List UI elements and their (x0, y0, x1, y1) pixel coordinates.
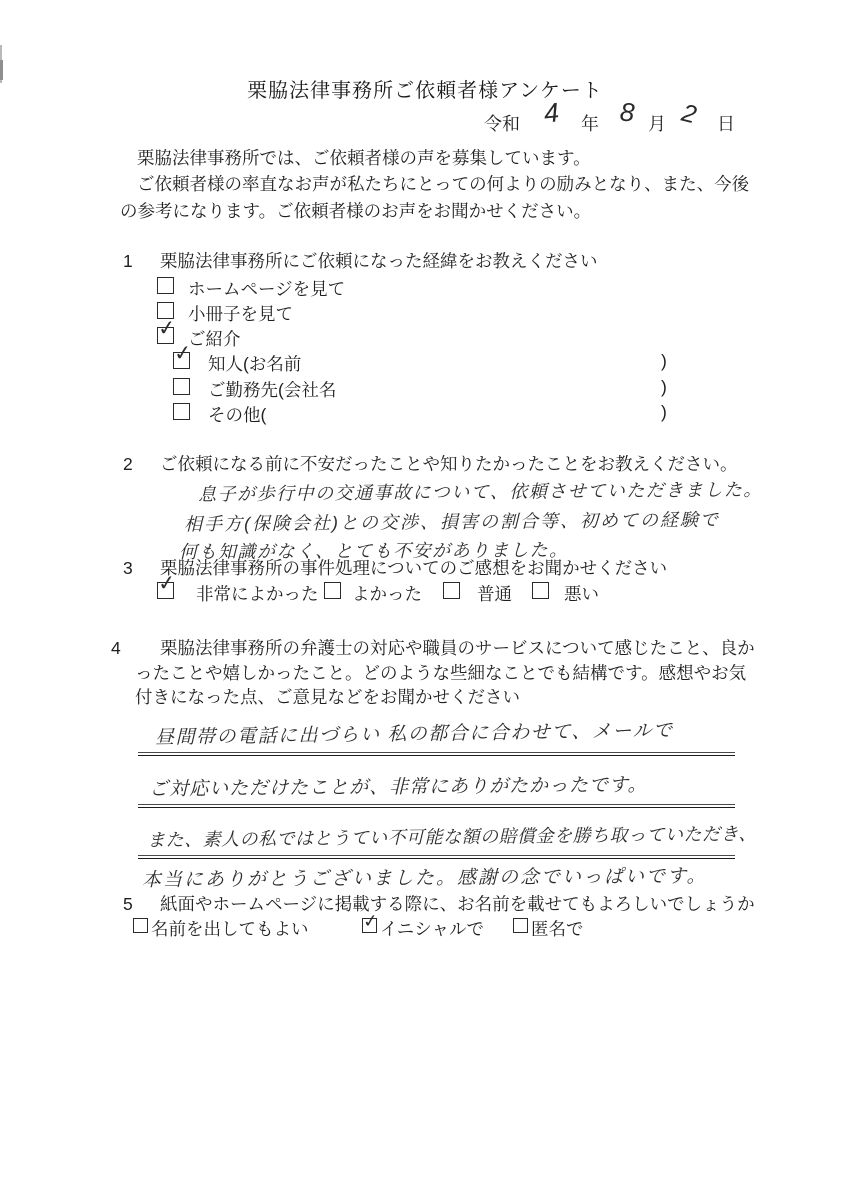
checkbox-q1-referral[interactable]: ✓ (157, 327, 174, 344)
label-q3-very-good: 非常によかった (196, 581, 319, 606)
checkbox-q1-employer[interactable] (173, 378, 190, 395)
question-1-heading: 1栗脇法律事務所にご依頼になった経緯をお教えください (123, 249, 813, 274)
label-q5-anonymous: 匿名で (531, 916, 584, 941)
question-5-heading: 5紙面やホームページに掲載する際に、お名前を載せてもよろしいでしょうか (123, 892, 823, 917)
label-q5-real-name: 名前を出してもよい (151, 916, 309, 941)
date-day-value-handwritten: 2 (679, 101, 699, 129)
date-year-value-handwritten: 4 (543, 99, 561, 127)
checkbox-q3-very-good[interactable]: ✓ (157, 582, 174, 599)
question-5-number: 5 (123, 892, 160, 917)
checkbox-q1-acquaintance[interactable]: ✓ (173, 352, 190, 369)
label-q1-employer: ご勤務先(会社名 (208, 377, 336, 402)
checkbox-q1-other[interactable] (173, 403, 190, 420)
q4-handwritten-answer-line-1: 昼間帯の電話に出づらい 私の都合に合わせて、メールで (155, 715, 674, 749)
q2-handwritten-answer-line-1: 息子が歩行中の交通事故について、依頼させていただきました。 (198, 476, 763, 507)
answer-rule-line-1 (138, 752, 735, 756)
check-mark-icon: ✓ (173, 342, 193, 365)
question-3-heading: 3栗脇法律事務所の事件処理についてのご感想をお聞かせください (123, 556, 823, 581)
question-1-text: 栗脇法律事務所にご依頼になった経緯をお教えください (160, 251, 598, 271)
answer-rule-line-3 (138, 855, 735, 859)
q4-handwritten-answer-line-2: ご対応いただけたことが、非常にありがたかったです。 (149, 770, 648, 801)
question-4-heading: 4栗脇法律事務所の弁護士の対応や職員のサービスについて感じたこと、良かったことや… (123, 636, 755, 710)
date-day-unit: 日 (717, 110, 735, 136)
checkbox-q5-anonymous[interactable] (513, 918, 528, 933)
label-q3-bad: 悪い (564, 581, 599, 606)
checkbox-q5-real-name[interactable] (133, 918, 148, 933)
label-q1-booklet: 小冊子を見て (188, 301, 293, 326)
q2-handwritten-answer-line-2: 相手方(保険会社)との交渉、損害の割合等、初めての経験で (184, 506, 720, 537)
checkbox-q3-good[interactable] (324, 582, 341, 599)
label-q5-initials: イニシャルで (380, 916, 484, 941)
page-title: 栗脇法律事務所ご依頼者様アンケート (0, 74, 850, 103)
date-month-value-handwritten: 8 (619, 99, 635, 126)
close-paren-q1-other: ) (661, 402, 667, 423)
question-2-number: 2 (123, 452, 160, 477)
check-mark-icon: ✓ (157, 317, 177, 340)
question-1-number: 1 (123, 249, 160, 274)
checkbox-q5-initials[interactable]: ✓ (362, 918, 377, 933)
date-month-unit: 月 (648, 110, 666, 136)
label-q1-homepage: ホームページを見て (188, 276, 345, 301)
checkbox-q3-bad[interactable] (532, 582, 549, 599)
checkbox-q1-homepage[interactable] (157, 277, 174, 294)
question-5-text: 紙面やホームページに掲載する際に、お名前を載せてもよろしいでしょうか (160, 894, 755, 914)
intro-paragraph-1: 栗脇法律事務所では、ご依頼者様の声を募集しています。 (120, 145, 810, 172)
label-q3-good: よかった (352, 581, 422, 606)
check-mark-icon: ✓ (157, 572, 177, 595)
question-3-number: 3 (123, 556, 160, 581)
label-q1-other: その他( (208, 402, 266, 427)
question-4-text: 栗脇法律事務所の弁護士の対応や職員のサービスについて感じたこと、良かったことや嬉… (135, 638, 755, 707)
question-2-heading: 2ご依頼になる前に不安だったことや知りたかったことをお教えください。 (123, 452, 823, 477)
close-paren-q1-employer: ) (661, 377, 667, 398)
check-mark-icon: ✓ (362, 911, 379, 930)
intro-paragraph-2: ご依頼者様の率直なお声が私たちにとっての何よりの励みとなり、また、今後の参考にな… (120, 171, 760, 224)
question-3-text: 栗脇法律事務所の事件処理についてのご感想をお聞かせください (160, 558, 667, 578)
q4-handwritten-answer-line-4: 本当にありがとうございました。感謝の念でいっぱいです。 (142, 861, 708, 892)
scanned-survey-page: 栗脇法律事務所ご依頼者様アンケート 令和 4 年 8 月 2 日 栗脇法律事務所… (0, 0, 850, 1202)
answer-rule-line-2 (138, 804, 735, 808)
label-q1-referral: ご紹介 (188, 326, 241, 351)
checkbox-q3-average[interactable] (443, 582, 460, 599)
q4-handwritten-answer-line-3: また、素人の私ではとうてい不可能な額の賠償金を勝ち取っていただき、 (147, 820, 757, 852)
question-2-text: ご依頼になる前に不安だったことや知りたかったことをお教えください。 (160, 454, 738, 474)
date-year-unit: 年 (581, 110, 599, 136)
date-era-label: 令和 (484, 110, 520, 136)
question-4-number: 4 (123, 636, 160, 661)
label-q1-acquaintance: 知人(お名前 (208, 351, 301, 376)
close-paren-q1-acquaintance: ) (661, 351, 667, 372)
label-q3-average: 普通 (477, 581, 512, 606)
